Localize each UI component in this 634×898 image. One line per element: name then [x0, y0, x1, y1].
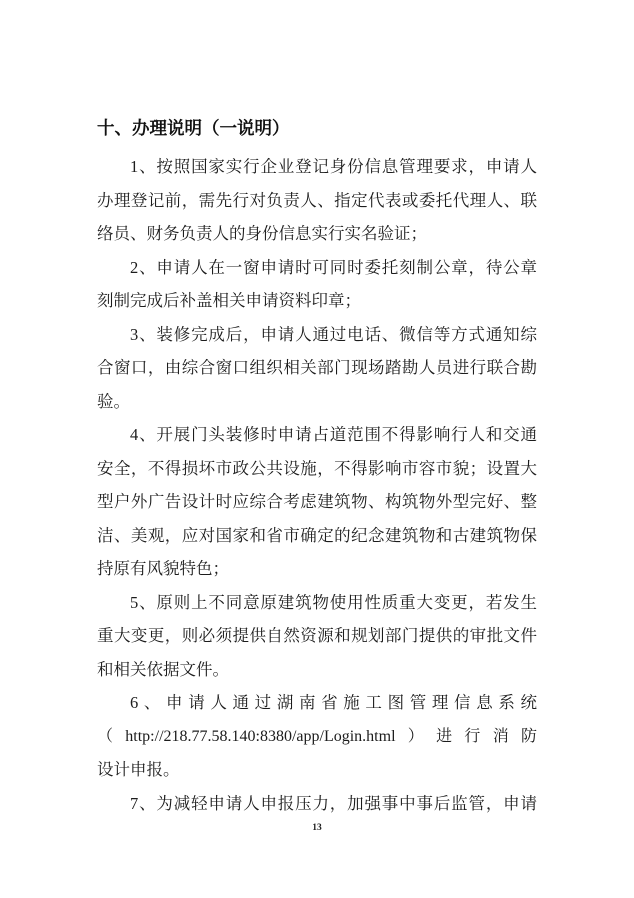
- paragraph-line: 3、装修完成后，申请人通过电话、微信等方式通知综: [97, 318, 537, 352]
- section-heading: 十、办理说明（一说明）: [97, 114, 537, 142]
- paragraph-line: 办理登记前，需先行对负责人、指定代表或委托代理人、联: [97, 184, 537, 218]
- paragraph-2: 2、申请人在一窗申请时可同时委托刻制公章，待公章 刻制完成后补盖相关申请资料印章…: [97, 251, 537, 318]
- paragraph-line: 验。: [97, 385, 537, 419]
- paragraph-line: 6、申请人通过湖南省施工图管理信息系统: [97, 686, 537, 720]
- paragraph-4: 4、开展门头装修时申请占道范围不得影响行人和交通 安全，不得损坏市政公共设施，不…: [97, 418, 537, 586]
- paragraph-line: 4、开展门头装修时申请占道范围不得影响行人和交通: [97, 418, 537, 452]
- document-page: 十、办理说明（一说明） 1、按照国家实行企业登记身份信息管理要求，申请人 办理登…: [0, 0, 634, 898]
- paragraph-line: 刻制完成后补盖相关申请资料印章；: [97, 284, 537, 318]
- paragraph-line: 设计申报。: [97, 753, 537, 787]
- paragraph-5: 5、原则上不同意原建筑物使用性质重大变更，若发生 重大变更，则必须提供自然资源和…: [97, 586, 537, 687]
- paragraph-7: 7、为减轻申请人申报压力，加强事中事后监管，申请: [97, 787, 537, 821]
- paragraph-3: 3、装修完成后，申请人通过电话、微信等方式通知综 合窗口，由综合窗口组织相关部门…: [97, 318, 537, 419]
- paragraph-1: 1、按照国家实行企业登记身份信息管理要求，申请人 办理登记前，需先行对负责人、指…: [97, 150, 537, 251]
- paragraph-6: 6、申请人通过湖南省施工图管理信息系统 （http://218.77.58.14…: [97, 686, 537, 787]
- paragraph-line: 5、原则上不同意原建筑物使用性质重大变更，若发生: [97, 586, 537, 620]
- paragraph-line: 2、申请人在一窗申请时可同时委托刻制公章，待公章: [97, 251, 537, 285]
- paragraph-line: 型户外广告设计时应综合考虑建筑物、构筑物外型完好、整: [97, 485, 537, 519]
- paragraph-line: 7、为减轻申请人申报压力，加强事中事后监管，申请: [97, 787, 537, 821]
- paragraph-line: 持原有风貌特色；: [97, 552, 537, 586]
- paragraph-line: 合窗口，由综合窗口组织相关部门现场踏勘人员进行联合勘: [97, 351, 537, 385]
- paragraph-line: 洁、美观，应对国家和省市确定的纪念建筑物和古建筑物保: [97, 519, 537, 553]
- paragraph-line-url: （http://218.77.58.140:8380/app/Login.htm…: [97, 720, 537, 754]
- page-number: 13: [97, 820, 537, 836]
- paragraph-line: 重大变更，则必须提供自然资源和规划部门提供的审批文件: [97, 619, 537, 653]
- paragraph-line: 络员、财务负责人的身份信息实行实名验证；: [97, 217, 537, 251]
- paragraph-line: 和相关依据文件。: [97, 653, 537, 687]
- paragraph-line: 1、按照国家实行企业登记身份信息管理要求，申请人: [97, 150, 537, 184]
- document-content: 十、办理说明（一说明） 1、按照国家实行企业登记身份信息管理要求，申请人 办理登…: [0, 0, 634, 836]
- paragraph-line: 安全，不得损坏市政公共设施，不得影响市容市貌；设置大: [97, 452, 537, 486]
